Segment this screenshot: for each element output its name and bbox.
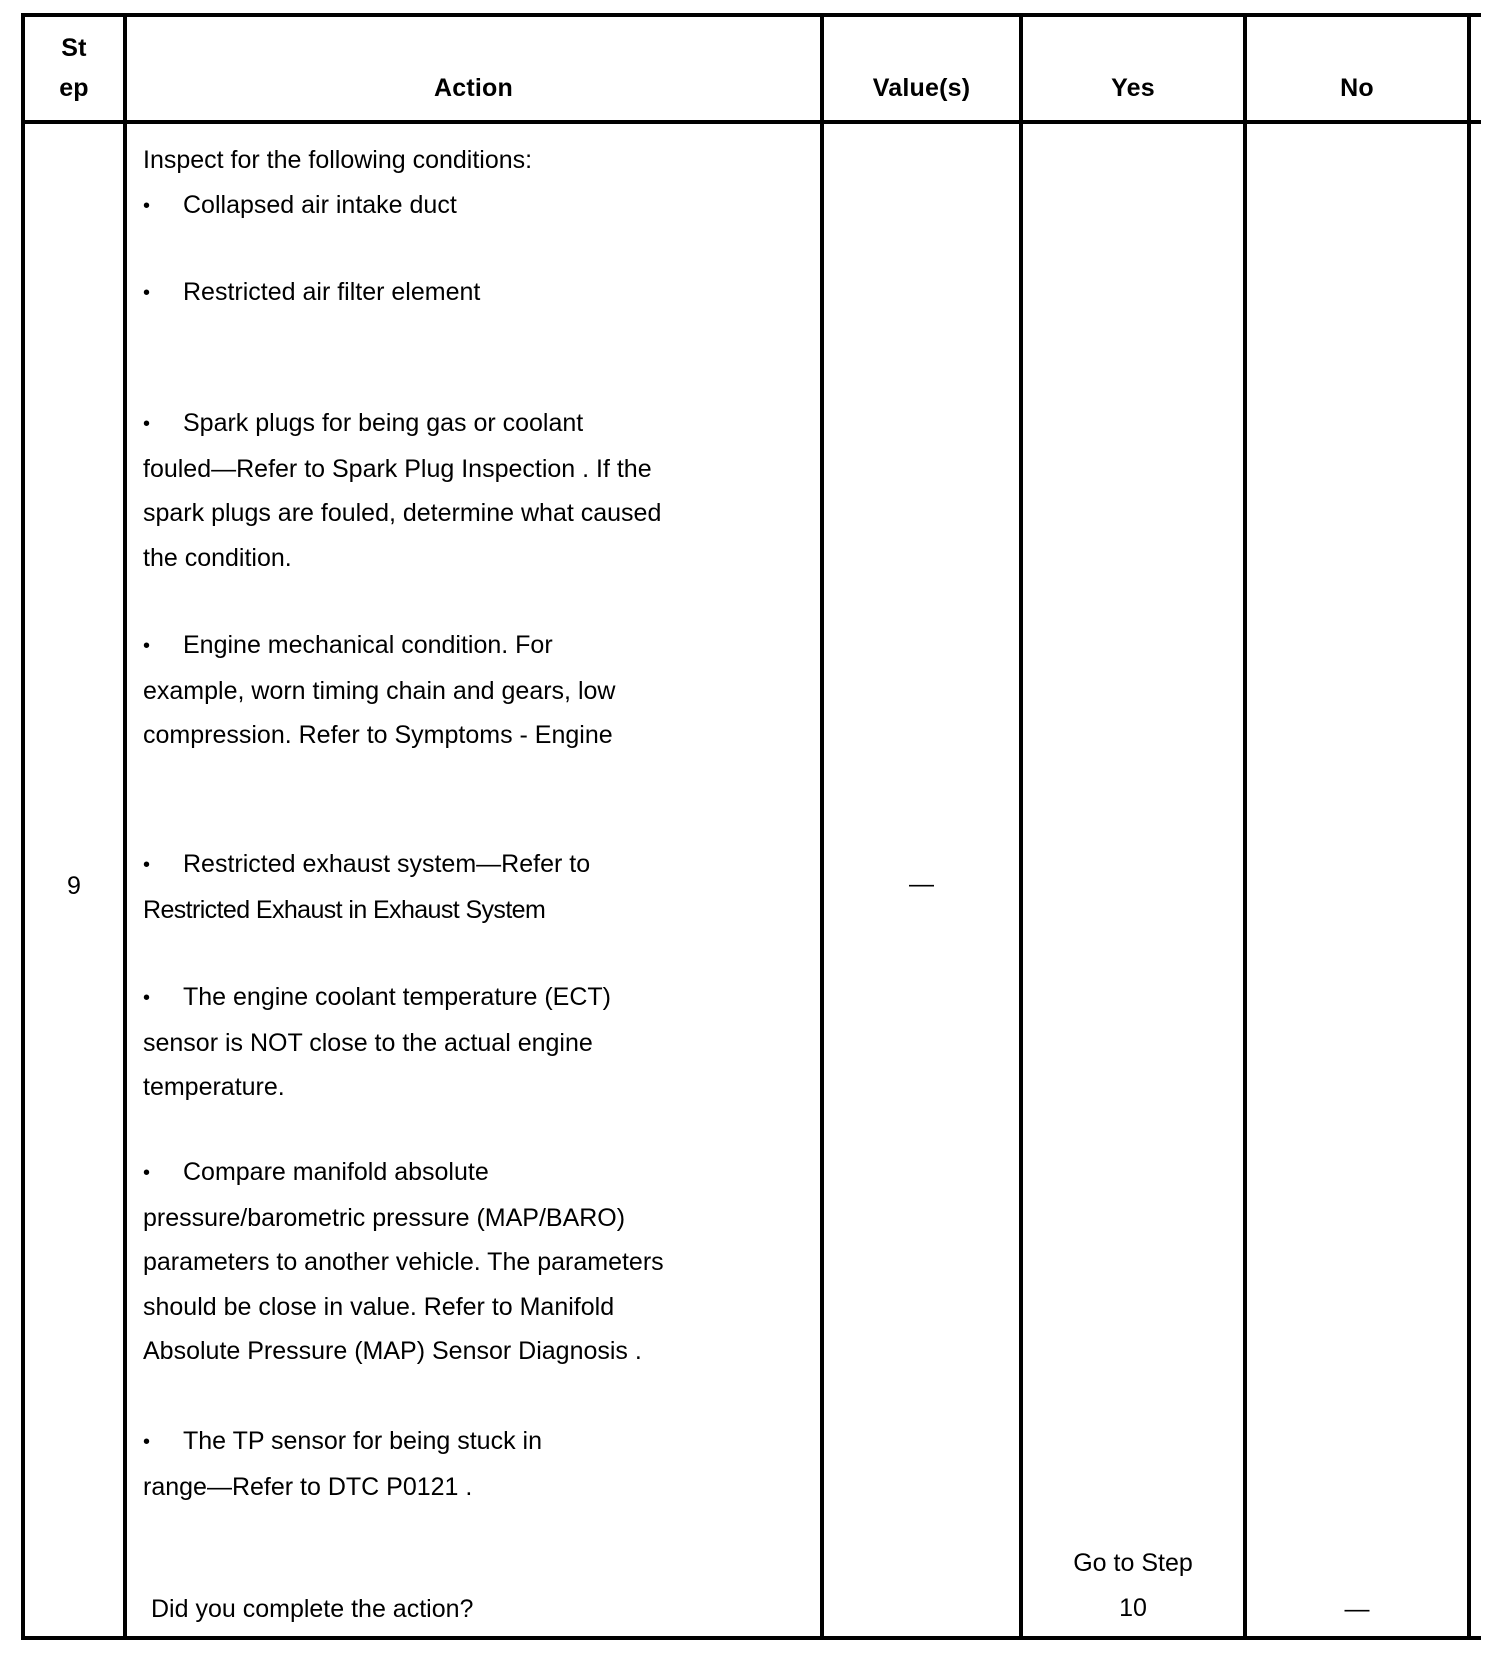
col-divider-step bbox=[123, 13, 127, 1640]
header-action: Action bbox=[127, 68, 820, 108]
bullet-icon: • bbox=[143, 271, 183, 316]
action-item-tp-sensor: •The TP sensor for being stuck in range—… bbox=[143, 1419, 542, 1509]
col-divider-yes bbox=[1243, 13, 1247, 1640]
header-no: No bbox=[1247, 68, 1467, 108]
table-border-left bbox=[21, 13, 25, 1640]
bullet-icon: • bbox=[143, 976, 183, 1021]
yes-cell[interactable]: Go to Step 10 bbox=[1023, 1541, 1243, 1630]
action-intro: Inspect for the following conditions: bbox=[143, 138, 532, 183]
header-step: St ep bbox=[25, 28, 123, 108]
action-question: Did you complete the action? bbox=[151, 1587, 473, 1632]
header-step-line1: St bbox=[25, 28, 123, 68]
action-item-air-filter: •Restricted air filter element bbox=[143, 270, 480, 316]
header-values: Value(s) bbox=[824, 68, 1019, 108]
yes-goto-label: Go to Step bbox=[1023, 1541, 1243, 1586]
action-item-restricted-exhaust: •Restricted exhaust system—Refer to Rest… bbox=[143, 842, 590, 932]
header-step-line2: ep bbox=[25, 68, 123, 108]
action-item-spark-plugs: •Spark plugs for being gas or coolant fo… bbox=[143, 401, 661, 580]
action-item-collapsed-duct: •Collapsed air intake duct bbox=[143, 183, 457, 229]
action-item-ect-sensor: •The engine coolant temperature (ECT) se… bbox=[143, 975, 611, 1110]
bullet-icon: • bbox=[143, 1151, 183, 1196]
bullet-icon: • bbox=[143, 1420, 183, 1465]
header-yes: Yes bbox=[1023, 68, 1243, 108]
values-cell: — bbox=[824, 862, 1019, 907]
col-divider-action bbox=[820, 13, 824, 1640]
action-item-engine-mechanical: •Engine mechanical condition. For exampl… bbox=[143, 623, 615, 758]
action-item-map-baro: •Compare manifold absolute pressure/baro… bbox=[143, 1150, 664, 1374]
bullet-icon: • bbox=[143, 843, 183, 888]
bullet-icon: • bbox=[143, 184, 183, 229]
header-divider bbox=[21, 120, 1481, 124]
table-border-right bbox=[1467, 13, 1471, 1640]
step-number: 9 bbox=[25, 864, 123, 909]
col-divider-values bbox=[1019, 13, 1023, 1640]
yes-goto-step: 10 bbox=[1023, 1586, 1243, 1631]
diagnostic-table: St ep Action Value(s) Yes No 9 Inspect f… bbox=[0, 0, 1504, 1660]
no-cell: — bbox=[1247, 1587, 1467, 1632]
table-border-top bbox=[21, 13, 1481, 17]
bullet-icon: • bbox=[143, 402, 183, 447]
table-border-bottom bbox=[21, 1636, 1481, 1640]
bullet-icon: • bbox=[143, 624, 183, 669]
